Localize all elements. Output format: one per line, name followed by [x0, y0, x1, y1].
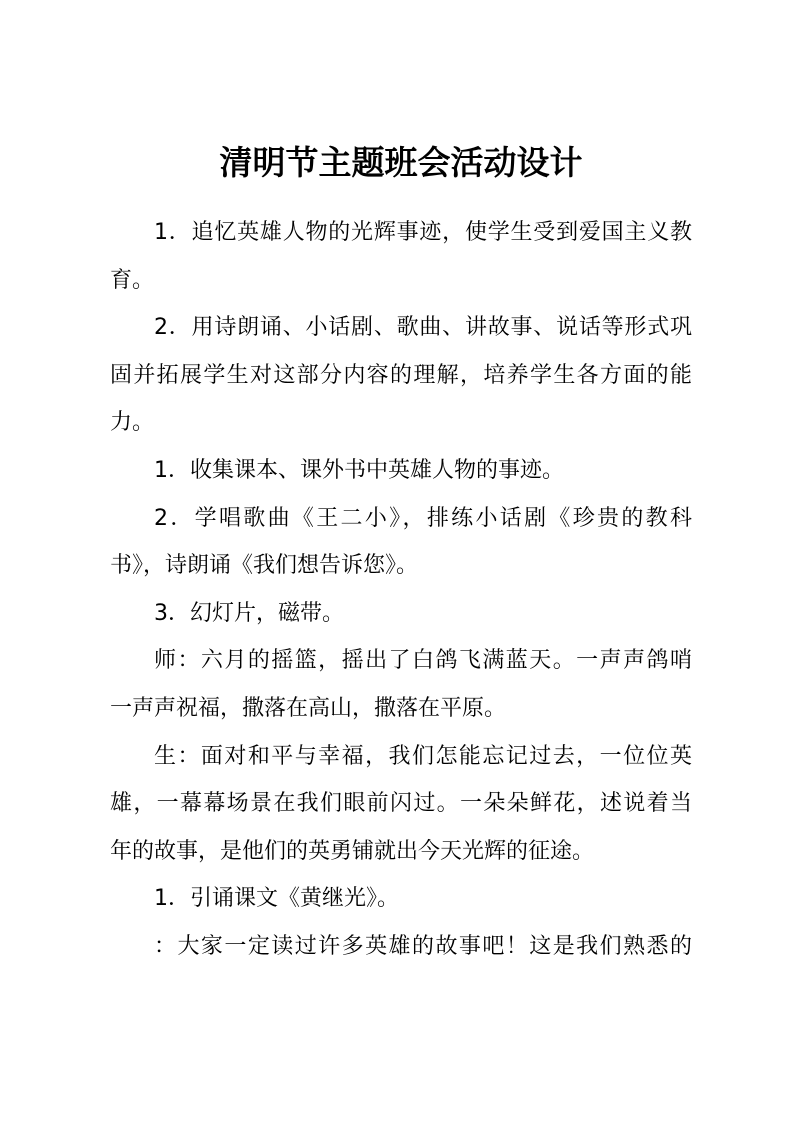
paragraph-4-line-2: 书》，诗朗诵《我们想告诉您》。 [110, 542, 692, 590]
document-body: 1．追忆英雄人物的光辉事迹，使学生受到爱国主义教育。2．用诗朗诵、小话剧、歌曲、… [110, 209, 692, 971]
paragraph-7-line-3: 年的故事，是他们的英勇铺就出今天光辉的征途。 [110, 828, 692, 876]
paragraph-7-line-1: 生：面对和平与幸福，我们怎能忘记过去，一位位英 [110, 733, 692, 781]
paragraph-7-line-2: 雄，一幕幕场景在我们眼前闪过。一朵朵鲜花，述说着当 [110, 780, 692, 828]
paragraph-6-line-2: 一声声祝福，撒落在高山，撒落在平原。 [110, 685, 692, 733]
document-title: 清明节主题班会活动设计 [110, 139, 692, 187]
paragraph-4-line-1: 2．学唱歌曲《王二小》，排练小话剧《珍贵的教科 [110, 495, 692, 543]
paragraph-3-line-1: 1．收集课本、课外书中英雄人物的事迹。 [110, 447, 692, 495]
paragraph-2-line-1: 2．用诗朗诵、小话剧、歌曲、讲故事、说话等形式巩 [110, 304, 692, 352]
paragraph-9-line-1: ：大家一定读过许多英雄的故事吧！这是我们熟悉的 [110, 923, 692, 971]
paragraph-6-line-1: 师：六月的摇篮，摇出了白鸽飞满蓝天。一声声鸽哨 [110, 637, 692, 685]
paragraph-2-line-3: 力。 [110, 399, 692, 447]
paragraph-1-line-2: 育。 [110, 257, 692, 305]
paragraph-1-line-1: 1．追忆英雄人物的光辉事迹，使学生受到爱国主义教 [110, 209, 692, 257]
paragraph-2-line-2: 固并拓展学生对这部分内容的理解，培养学生各方面的能 [110, 352, 692, 400]
document-page: 清明节主题班会活动设计 1．追忆英雄人物的光辉事迹，使学生受到爱国主义教育。2．… [0, 0, 793, 1122]
paragraph-5-line-1: 3．幻灯片，磁带。 [110, 590, 692, 638]
paragraph-8-line-1: 1．引诵课文《黄继光》。 [110, 875, 692, 923]
